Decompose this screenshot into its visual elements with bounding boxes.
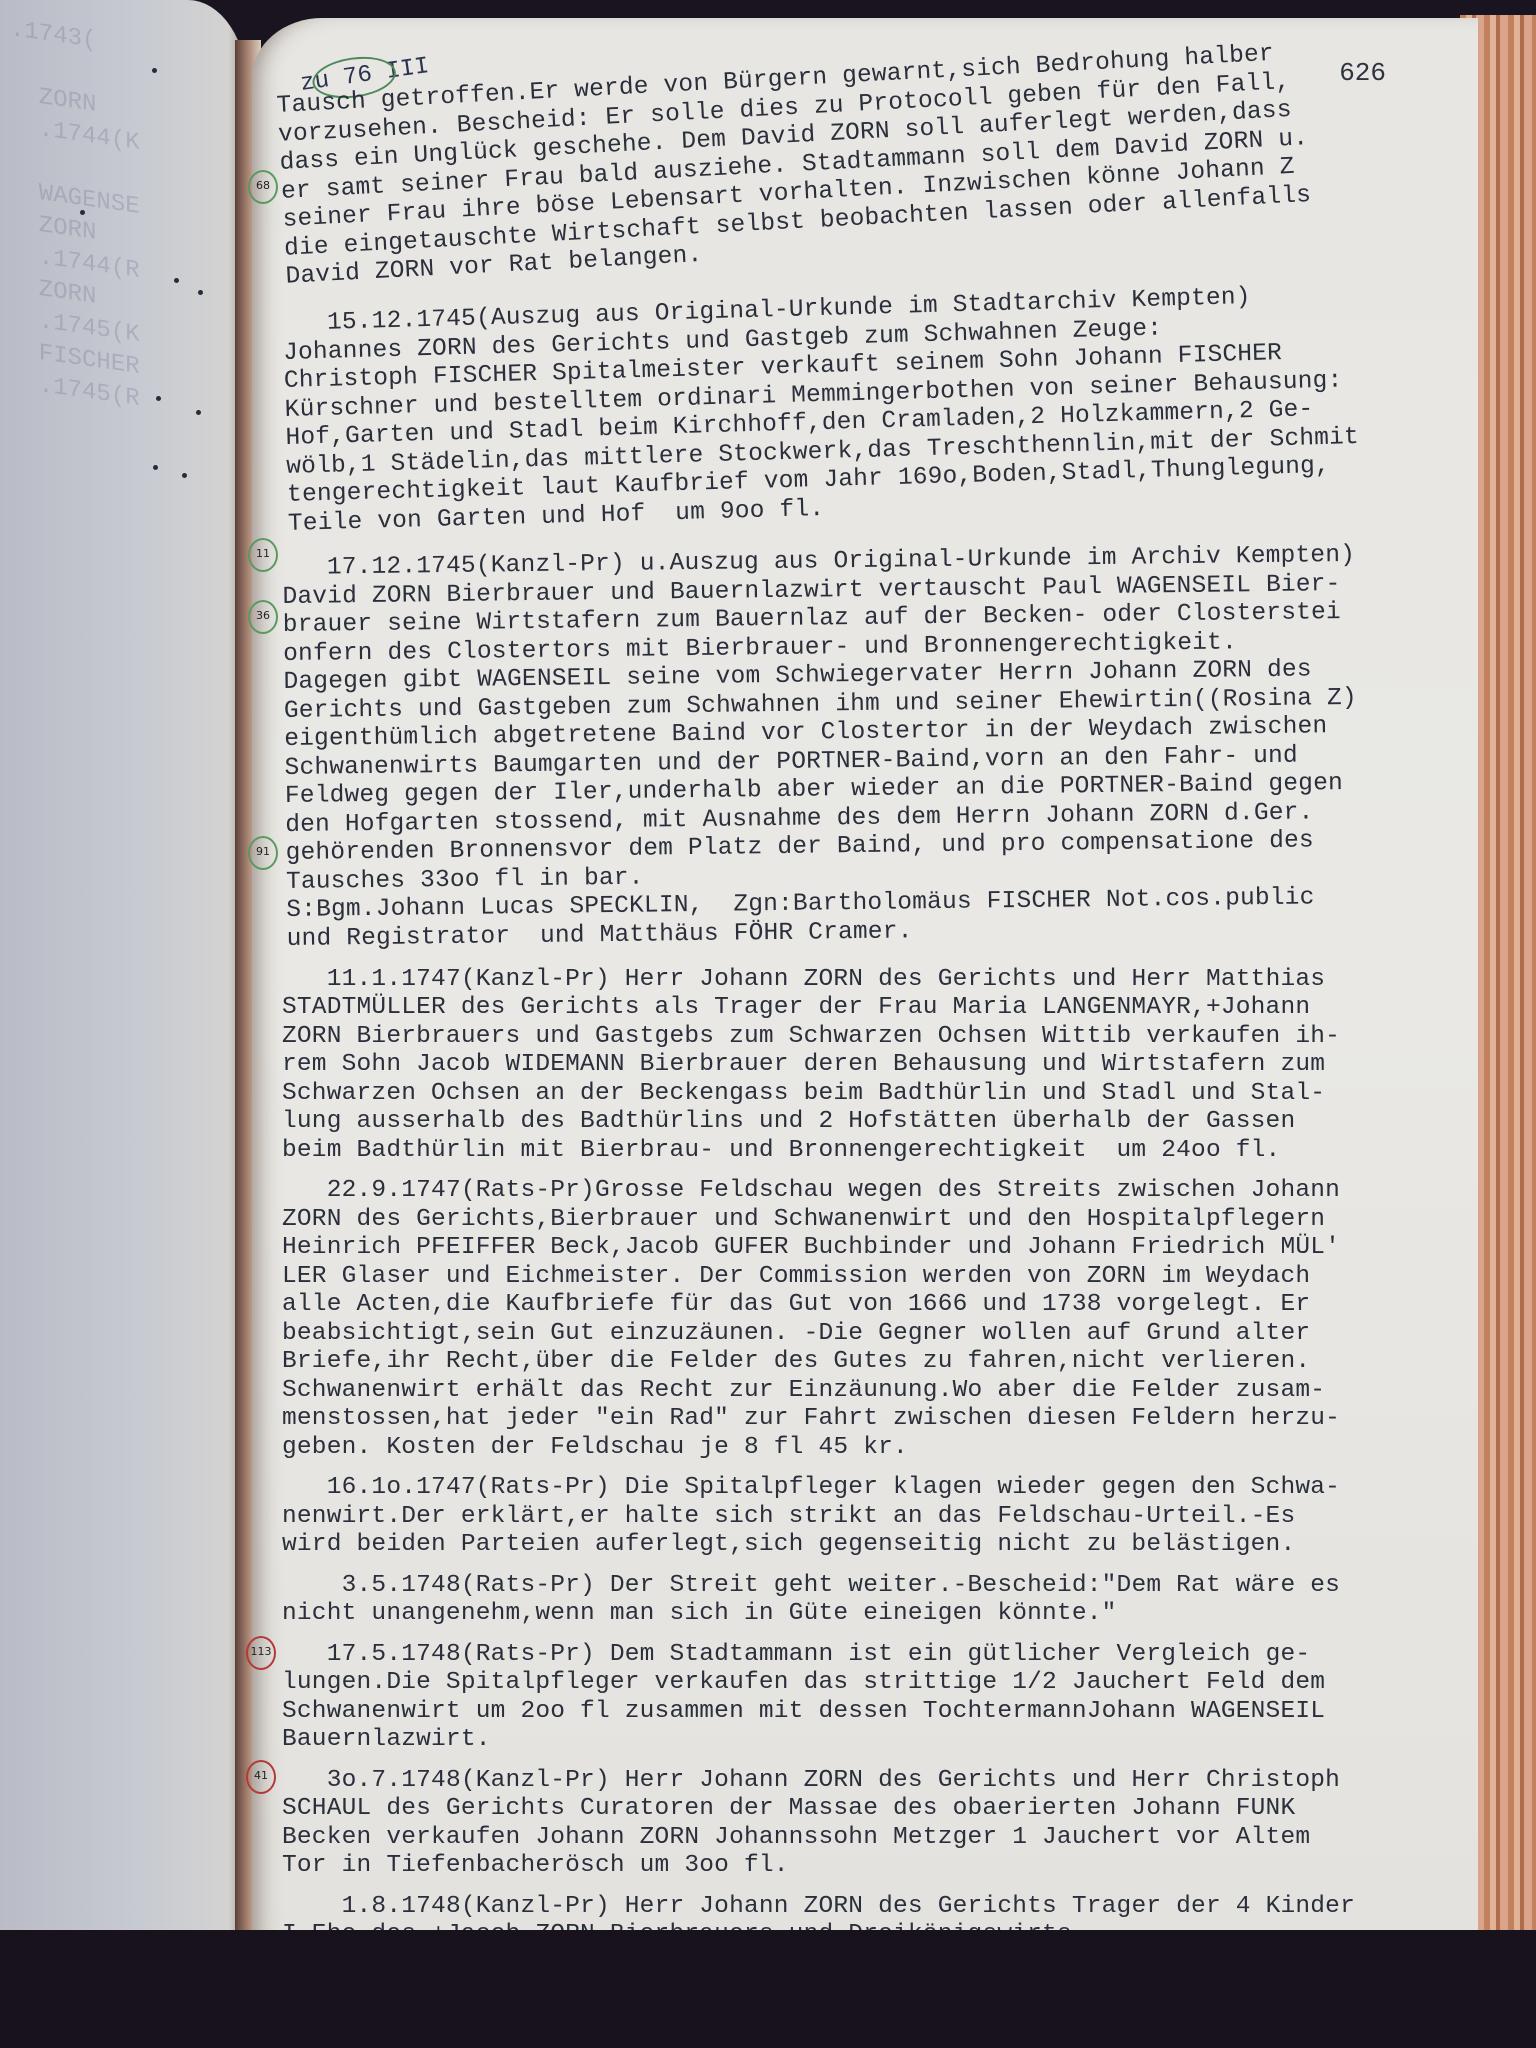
dot <box>153 465 158 470</box>
text-line: 3.5.1748(Rats-Pr) Der Streit geht weiter… <box>282 1572 1432 1601</box>
text-line: ZORN Bierbrauers und Gastgebs zum Schwar… <box>282 1023 1432 1052</box>
text-line: 17.5.1748(Rats-Pr) Dem Stadtammann ist e… <box>282 1641 1432 1670</box>
left-page-bleedthrough: .1743( ZORN .1744(K WAGENSE ZORN .1744(R… <box>10 14 240 430</box>
text-line: alle Acten,die Kaufbriefe für das Gut vo… <box>282 1291 1432 1320</box>
entry-paragraph: 11.1.1747(Kanzl-Pr) Herr Johann ZORN des… <box>282 966 1432 1166</box>
text-line: nenwirt.Der erklärt,er halte sich strikt… <box>282 1503 1432 1532</box>
entry-paragraph: 17.5.1748(Rats-Pr) Dem Stadtammann ist e… <box>282 1641 1432 1755</box>
document-text: Tausch getroffen.Er werde von Bürgern ge… <box>282 93 1432 1962</box>
dot <box>182 473 187 478</box>
text-line: Schwanenwirt erhält das Recht zur Einzäu… <box>282 1377 1432 1406</box>
entry-paragraph: 17.12.1745(Kanzl-Pr) u.Auszug aus Origin… <box>282 540 1437 953</box>
text-line: beim Badthürlin mit Bierbrau- und Bronne… <box>282 1137 1432 1166</box>
dot <box>196 410 201 415</box>
text-line: Schwanenwirt um 2oo fl zusammen mit dess… <box>282 1698 1432 1727</box>
margin-annotation: 41 <box>246 1760 276 1794</box>
entry-paragraph: 16.1o.1747(Rats-Pr) Die Spitalpfleger kl… <box>282 1474 1432 1560</box>
dot <box>152 68 157 73</box>
margin-annotation: 36 <box>248 600 278 634</box>
text-line: 3o.7.1748(Kanzl-Pr) Herr Johann ZORN des… <box>282 1767 1432 1796</box>
text-line: Tor in Tiefenbacherösch um 3oo fl. <box>282 1852 1432 1881</box>
text-line: LER Glaser und Eichmeister. Der Commissi… <box>282 1263 1432 1292</box>
text-line: lung ausserhalb des Badthürlins und 2 Ho… <box>282 1108 1432 1137</box>
entry-paragraph: 15.12.1745(Auszug aus Original-Urkunde i… <box>282 278 1438 538</box>
text-line: lungen.Die Spitalpfleger verkaufen das s… <box>282 1669 1432 1698</box>
entry-paragraph: 22.9.1747(Rats-Pr)Grosse Feldschau wegen… <box>282 1177 1432 1462</box>
text-line: 16.1o.1747(Rats-Pr) Die Spitalpfleger kl… <box>282 1474 1432 1503</box>
entry-paragraph: Tausch getroffen.Er werde von Bürgern ge… <box>276 32 1441 292</box>
dot <box>80 210 85 215</box>
text-line: Schwarzen Ochsen an der Beckengass beim … <box>282 1080 1432 1109</box>
text-line: ZORN des Gerichts,Bierbrauer und Schwane… <box>282 1206 1432 1235</box>
entry-paragraph: 3o.7.1748(Kanzl-Pr) Herr Johann ZORN des… <box>282 1767 1432 1881</box>
text-line: geben. Kosten der Feldschau je 8 fl 45 k… <box>282 1434 1432 1463</box>
entry-paragraph: 3.5.1748(Rats-Pr) Der Streit geht weiter… <box>282 1572 1432 1629</box>
text-line: menstossen,hat jeder "ein Rad" zur Fahrt… <box>282 1405 1432 1434</box>
text-line: 22.9.1747(Rats-Pr)Grosse Feldschau wegen… <box>282 1177 1432 1206</box>
left-page: .1743( ZORN .1744(K WAGENSE ZORN .1744(R… <box>0 0 248 1995</box>
text-line: Bauernlazwirt. <box>282 1726 1432 1755</box>
margin-annotation: 113 <box>246 1636 276 1670</box>
text-line: nicht unangenehm,wenn man sich in Güte e… <box>282 1600 1432 1629</box>
margin-annotation: 68 <box>248 170 278 204</box>
dot <box>156 396 161 401</box>
text-line: 1.8.1748(Kanzl-Pr) Herr Johann ZORN des … <box>282 1893 1432 1922</box>
margin-annotation: 91 <box>248 836 278 870</box>
table-surface <box>0 1930 1536 2048</box>
text-line: Briefe,ihr Recht,über die Felder des Gut… <box>282 1348 1432 1377</box>
text-line: wird beiden Parteien auferlegt,sich gege… <box>282 1531 1432 1560</box>
dot <box>174 278 179 283</box>
text-line: SCHAUL des Gerichts Curatoren der Massae… <box>282 1795 1432 1824</box>
text-line: rem Sohn Jacob WIDEMANN Bierbrauer deren… <box>282 1051 1432 1080</box>
margin-annotation: 11 <box>248 538 278 572</box>
text-line: STADTMÜLLER des Gerichts als Trager der … <box>282 994 1432 1023</box>
text-line: beabsichtigt,sein Gut einzuzäunen. -Die … <box>282 1320 1432 1349</box>
text-line: Heinrich PFEIFFER Beck,Jacob GUFER Buchb… <box>282 1234 1432 1263</box>
dot <box>198 290 203 295</box>
text-line: Becken verkaufen Johann ZORN Johannssohn… <box>282 1824 1432 1853</box>
document-page: 626 zu 76 III Tausch getroffen.Er werde … <box>252 18 1478 1958</box>
text-line: 11.1.1747(Kanzl-Pr) Herr Johann ZORN des… <box>282 966 1432 995</box>
